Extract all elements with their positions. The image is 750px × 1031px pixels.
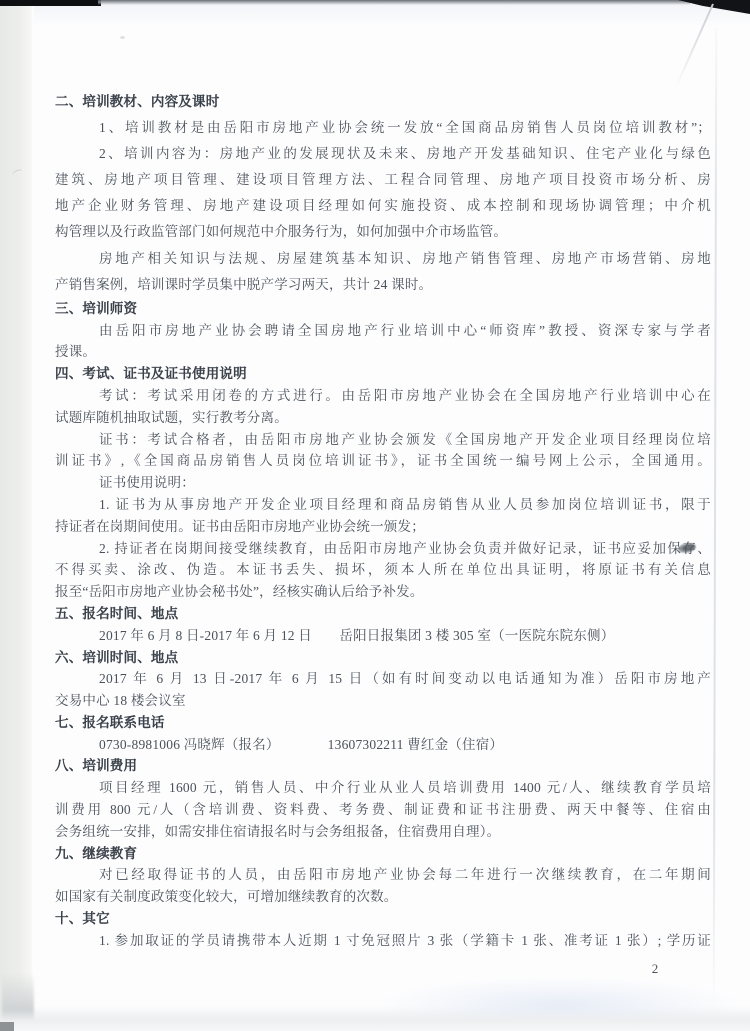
text-line: 2. 持证者在岗期间接受继续教育，由岳阳市房地产业协会负责并做好记录，证书应妥加… [55, 538, 711, 560]
text-line: 交易中心 18 楼会议室 [55, 690, 711, 712]
text-line: 1、培训教材是由岳阳市房地产业协会统一发放“全国商品房销售人员岗位培训教材”； [55, 115, 711, 141]
top-edge-shadow-artifact [98, 0, 690, 5]
heading-line: 三、培训师资 [55, 298, 711, 320]
heading-line: 八、培训费用 [55, 755, 711, 777]
text-line: 对已经取得证书的人员，由岳阳市房地产业协会每二年进行一次继续教育，在二年期间 [55, 864, 711, 886]
top-right-diagonal-shadow-artifact [675, 4, 714, 89]
text-line: 产销售案例，培训课时学员集中脱产学习两天，共计 24 课时。 [55, 272, 711, 298]
heading-line: 十、其它 [55, 908, 711, 930]
page-right-edge-line-artifact [713, 28, 718, 1012]
text-line: 试题库随机抽取试题，实行教考分离。 [55, 407, 711, 429]
scanned-document: { "document": { "page_number": "2", "lin… [0, 0, 750, 1031]
top-speck-artifact [120, 36, 125, 39]
heading-line: 六、培训时间、地点 [55, 647, 711, 669]
text-line: 证书：考试合格者，由岳阳市房地产业协会颁发《全国房地产开发企业项目经理岗位培 [55, 429, 711, 451]
top-right-black-corner-artifact [678, 0, 750, 14]
heading-line: 四、考试、证书及证书使用说明 [55, 363, 711, 385]
text-line: 建筑、房地产项目管理、建设项目管理方法、工程合同管理、房地产项目投资市场分析、房 [55, 167, 711, 193]
text-line: 报至“岳阳市房地产业协会秘书处”，经核实确认后给予补发。 [55, 581, 711, 603]
scanner-left-strip-artifact [0, 0, 34, 1031]
text-line: 1. 参加取证的学员请携带本人近期 1 寸免冠照片 3 张（学籍卡 1 张、准考… [55, 930, 711, 952]
text-line: 授课。 [55, 341, 711, 363]
heading-line: 九、继续教育 [55, 843, 711, 865]
text-line: 1. 证书为从事房地产开发企业项目经理和商品房销售从业人员参加岗位培训证书，限于 [55, 494, 711, 516]
text-line: 2017 年 6 月 13 日-2017 年 6 月 15 日（如有时间变动以电… [55, 668, 711, 690]
text-line: 如国家有关制度政策变化较大，可增加继续教育的次数。 [55, 886, 711, 908]
text-line: 会务组统一安排，如需安排住宿请报名时与会务组报备，住宿费用自理）。 [55, 821, 711, 843]
bottom-scanner-band-artifact [0, 1009, 750, 1031]
page-number: 2 [644, 961, 666, 977]
text-line: 不得买卖、涂改、伪造。本证书丢失、损坏，须本人所在单位出具证明，将原证书有关信息 [55, 559, 711, 581]
text-line: 2017 年 6 月 8 日-2017 年 6 月 12 日 岳阳日报集团 3 … [55, 625, 711, 647]
text-line: 构管理以及行政监管部门如何规范中介服务行为，如何加强中介市场监管。 [55, 219, 711, 245]
text-line: 0730-8981006 冯晓辉（报名） 13607302211 曹红金（住宿） [55, 734, 711, 756]
text-line: 地产企业财务管理、房地产建设项目经理如何实施投资、成本控制和现场协调管理；中介机 [55, 193, 711, 219]
text-line: 由岳阳市房地产业协会聘请全国房地产行业培训中心“师资库”教授、资深专家与学者 [55, 320, 711, 342]
document-text: 二、培训教材、内容及课时1、培训教材是由岳阳市房地产业协会统一发放“全国商品房销… [55, 89, 711, 952]
heading-line: 七、报名联系电话 [55, 712, 711, 734]
heading-line: 五、报名时间、地点 [55, 603, 711, 625]
heading-line: 二、培训教材、内容及课时 [55, 89, 711, 115]
text-line: 房地产相关知识与法规、房屋建筑基本知识、房地产销售管理、房地产市场营销、房地 [55, 246, 711, 272]
text-line: 项目经理 1600 元，销售人员、中介行业从业人员培训费用 1400 元/人、继… [55, 777, 711, 799]
text-line: 2、培训内容为：房地产业的发展现状及未来、房地产开发基础知识、住宅产业化与绿色 [55, 141, 711, 167]
bottom-left-corner-artifact [0, 1022, 14, 1031]
text-line: 持证者在岗期间使用。证书由岳阳市房地产业协会统一颁发； [55, 516, 711, 538]
text-line: 证书使用说明： [55, 472, 711, 494]
top-left-black-edge-artifact [0, 0, 101, 6]
text-line: 训费用 800 元/人（含培训费、资料费、考务费、制证费和证书注册费、两天中餐等… [55, 799, 711, 821]
text-line: 考试：考试采用闭卷的方式进行。由岳阳市房地产业协会在全国房地产行业培训中心在 [55, 385, 711, 407]
text-line: 训证书》,《全国商品房销售人员岗位培训证书》，证书全国统一编号网上公示，全国通用… [55, 450, 711, 472]
